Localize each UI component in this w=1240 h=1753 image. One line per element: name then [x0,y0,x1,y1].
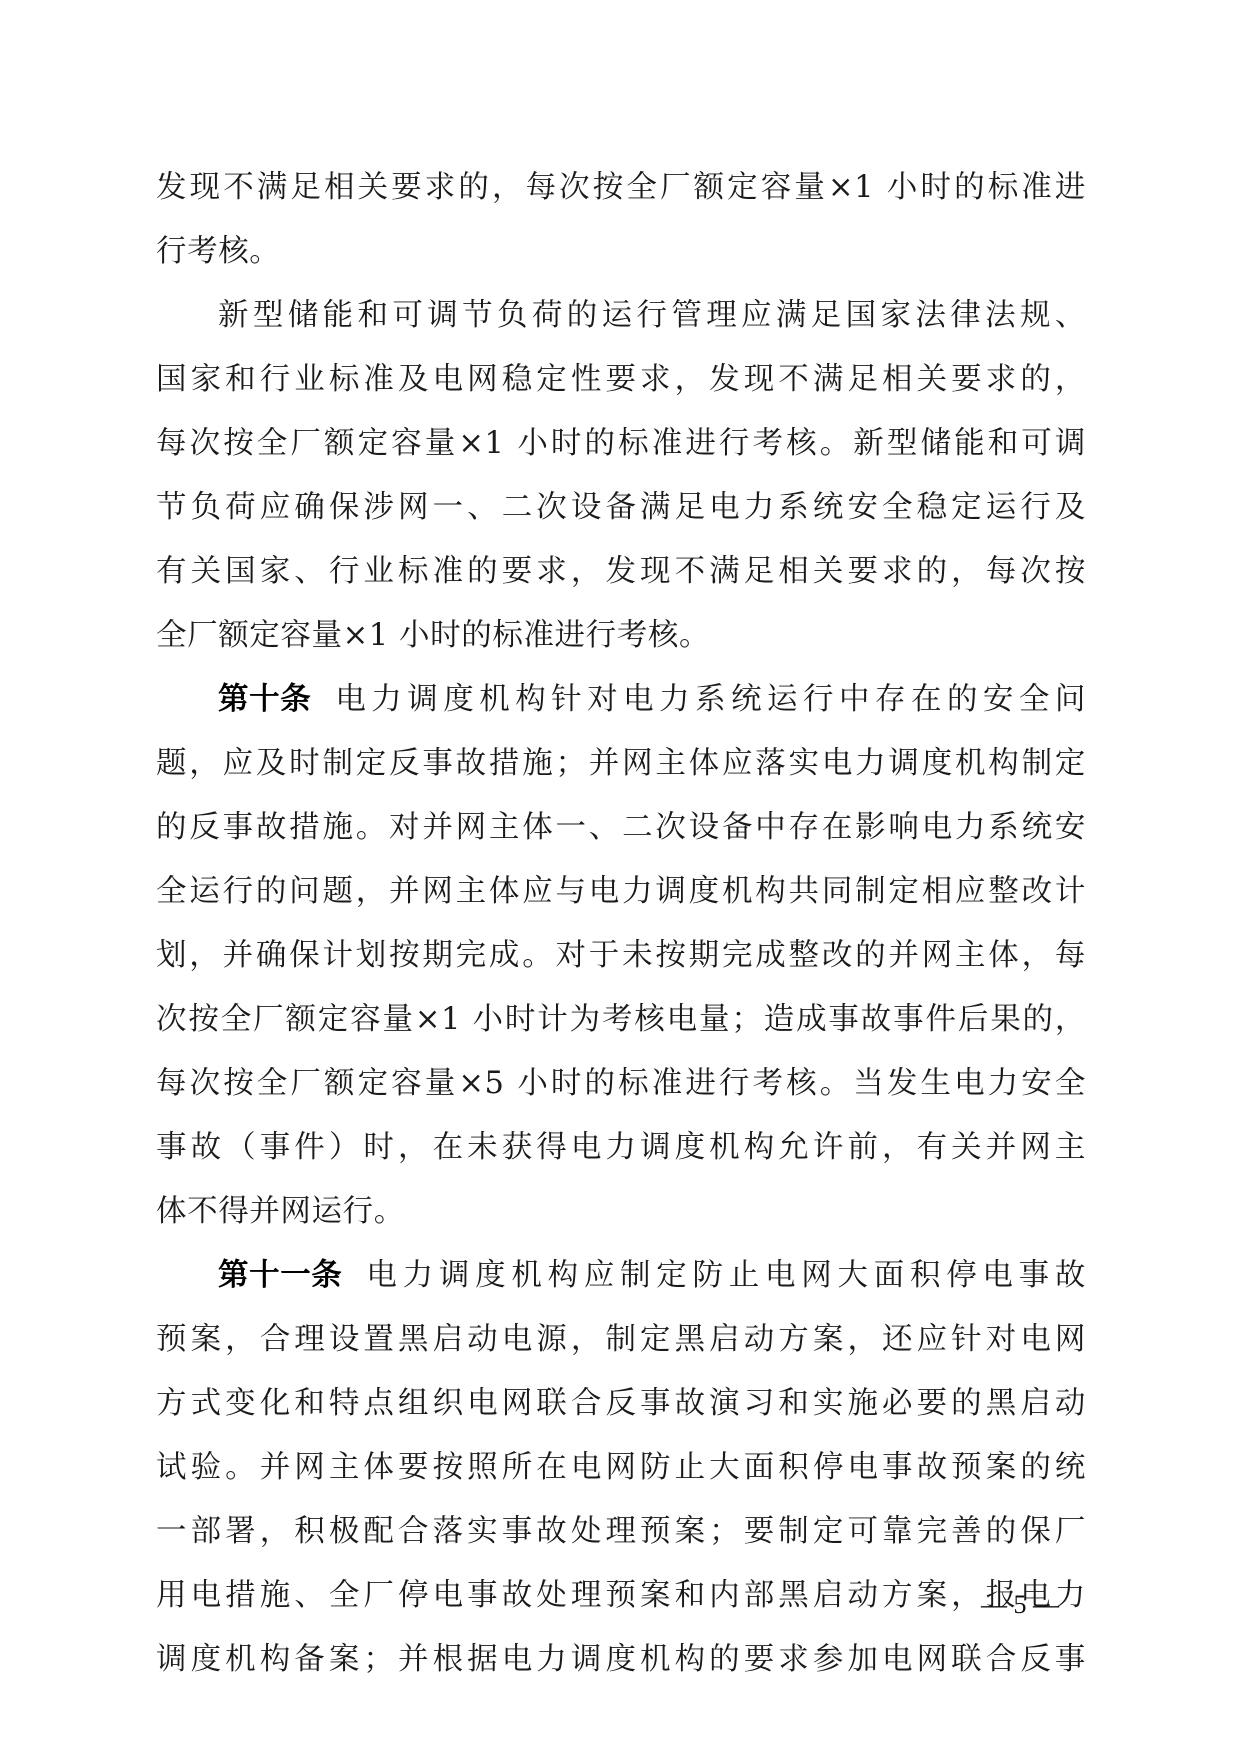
article-10-text: 电力调度机构针对电力系统运行中存在的安全问 [335,680,1086,720]
paragraph-line-24: 调度机构备案；并根据电力调度机构的要求参加电网联合反事 [156,1640,1086,1680]
paragraph-line-8: 全厂额定容量×1 小时的标准进行考核。 [156,616,1086,656]
page-number: — 5 — [955,1588,1085,1622]
paragraph-line-10: 题，应及时制定反事故措施；并网主体应落实电力调度机构制定 [156,744,1086,784]
paragraph-line-6: 节负荷应确保涉网一、二次设备满足电力系统安全稳定运行及 [156,488,1086,528]
paragraph-line-23: 用电措施、全厂停电事故处理预案和内部黑启动方案，报电力 [156,1576,1086,1616]
paragraph-line-17: 体不得并网运行。 [156,1192,1086,1232]
article-11-heading: 第十一条 [218,1256,342,1296]
paragraph-line-5: 每次按全厂额定容量×1 小时的标准进行考核。新型储能和可调 [156,424,1086,464]
paragraph-line-21: 试验。并网主体要按照所在电网防止大面积停电事故预案的统 [156,1448,1086,1488]
paragraph-line-1: 发现不满足相关要求的，每次按全厂额定容量×1 小时的标准进 [156,168,1086,208]
paragraph-line-4: 国家和行业标准及电网稳定性要求，发现不满足相关要求的， [156,360,1086,400]
paragraph-line-16: 事故（事件）时，在未获得电力调度机构允许前，有关并网主 [156,1128,1086,1168]
paragraph-line-12: 全运行的问题，并网主体应与电力调度机构共同制定相应整改计 [156,872,1086,912]
article-11-text: 电力调度机构应制定防止电网大面积停电事故 [366,1256,1086,1296]
paragraph-line-11: 的反事故措施。对并网主体一、二次设备中存在影响电力系统安 [156,808,1086,848]
paragraph-line-22: 一部署，积极配合落实事故处理预案；要制定可靠完善的保厂 [156,1512,1086,1552]
paragraph-line-20: 方式变化和特点组织电网联合反事故演习和实施必要的黑启动 [156,1384,1086,1424]
article-10-heading: 第十条 [218,680,311,720]
paragraph-line-19: 预案，合理设置黑启动电源，制定黑启动方案，还应针对电网 [156,1320,1086,1360]
article-10-first-line: 第十条 电力调度机构针对电力系统运行中存在的安全问 [218,680,1086,720]
paragraph-line-7: 有关国家、行业标准的要求，发现不满足相关要求的，每次按 [156,552,1086,592]
paragraph-line-13: 划，并确保计划按期完成。对于未按期完成整改的并网主体，每 [156,936,1086,976]
paragraph-line-2: 行考核。 [156,232,1086,272]
document-page: 发现不满足相关要求的，每次按全厂额定容量×1 小时的标准进 行考核。 新型储能和… [0,0,1240,1753]
paragraph-line-15: 每次按全厂额定容量×5 小时的标准进行考核。当发生电力安全 [156,1064,1086,1104]
article-11-first-line: 第十一条 电力调度机构应制定防止电网大面积停电事故 [218,1256,1086,1296]
paragraph-line-14: 次按全厂额定容量×1 小时计为考核电量；造成事故事件后果的， [156,1000,1086,1040]
paragraph-line-3: 新型储能和可调节负荷的运行管理应满足国家法律法规、 [218,296,1086,336]
